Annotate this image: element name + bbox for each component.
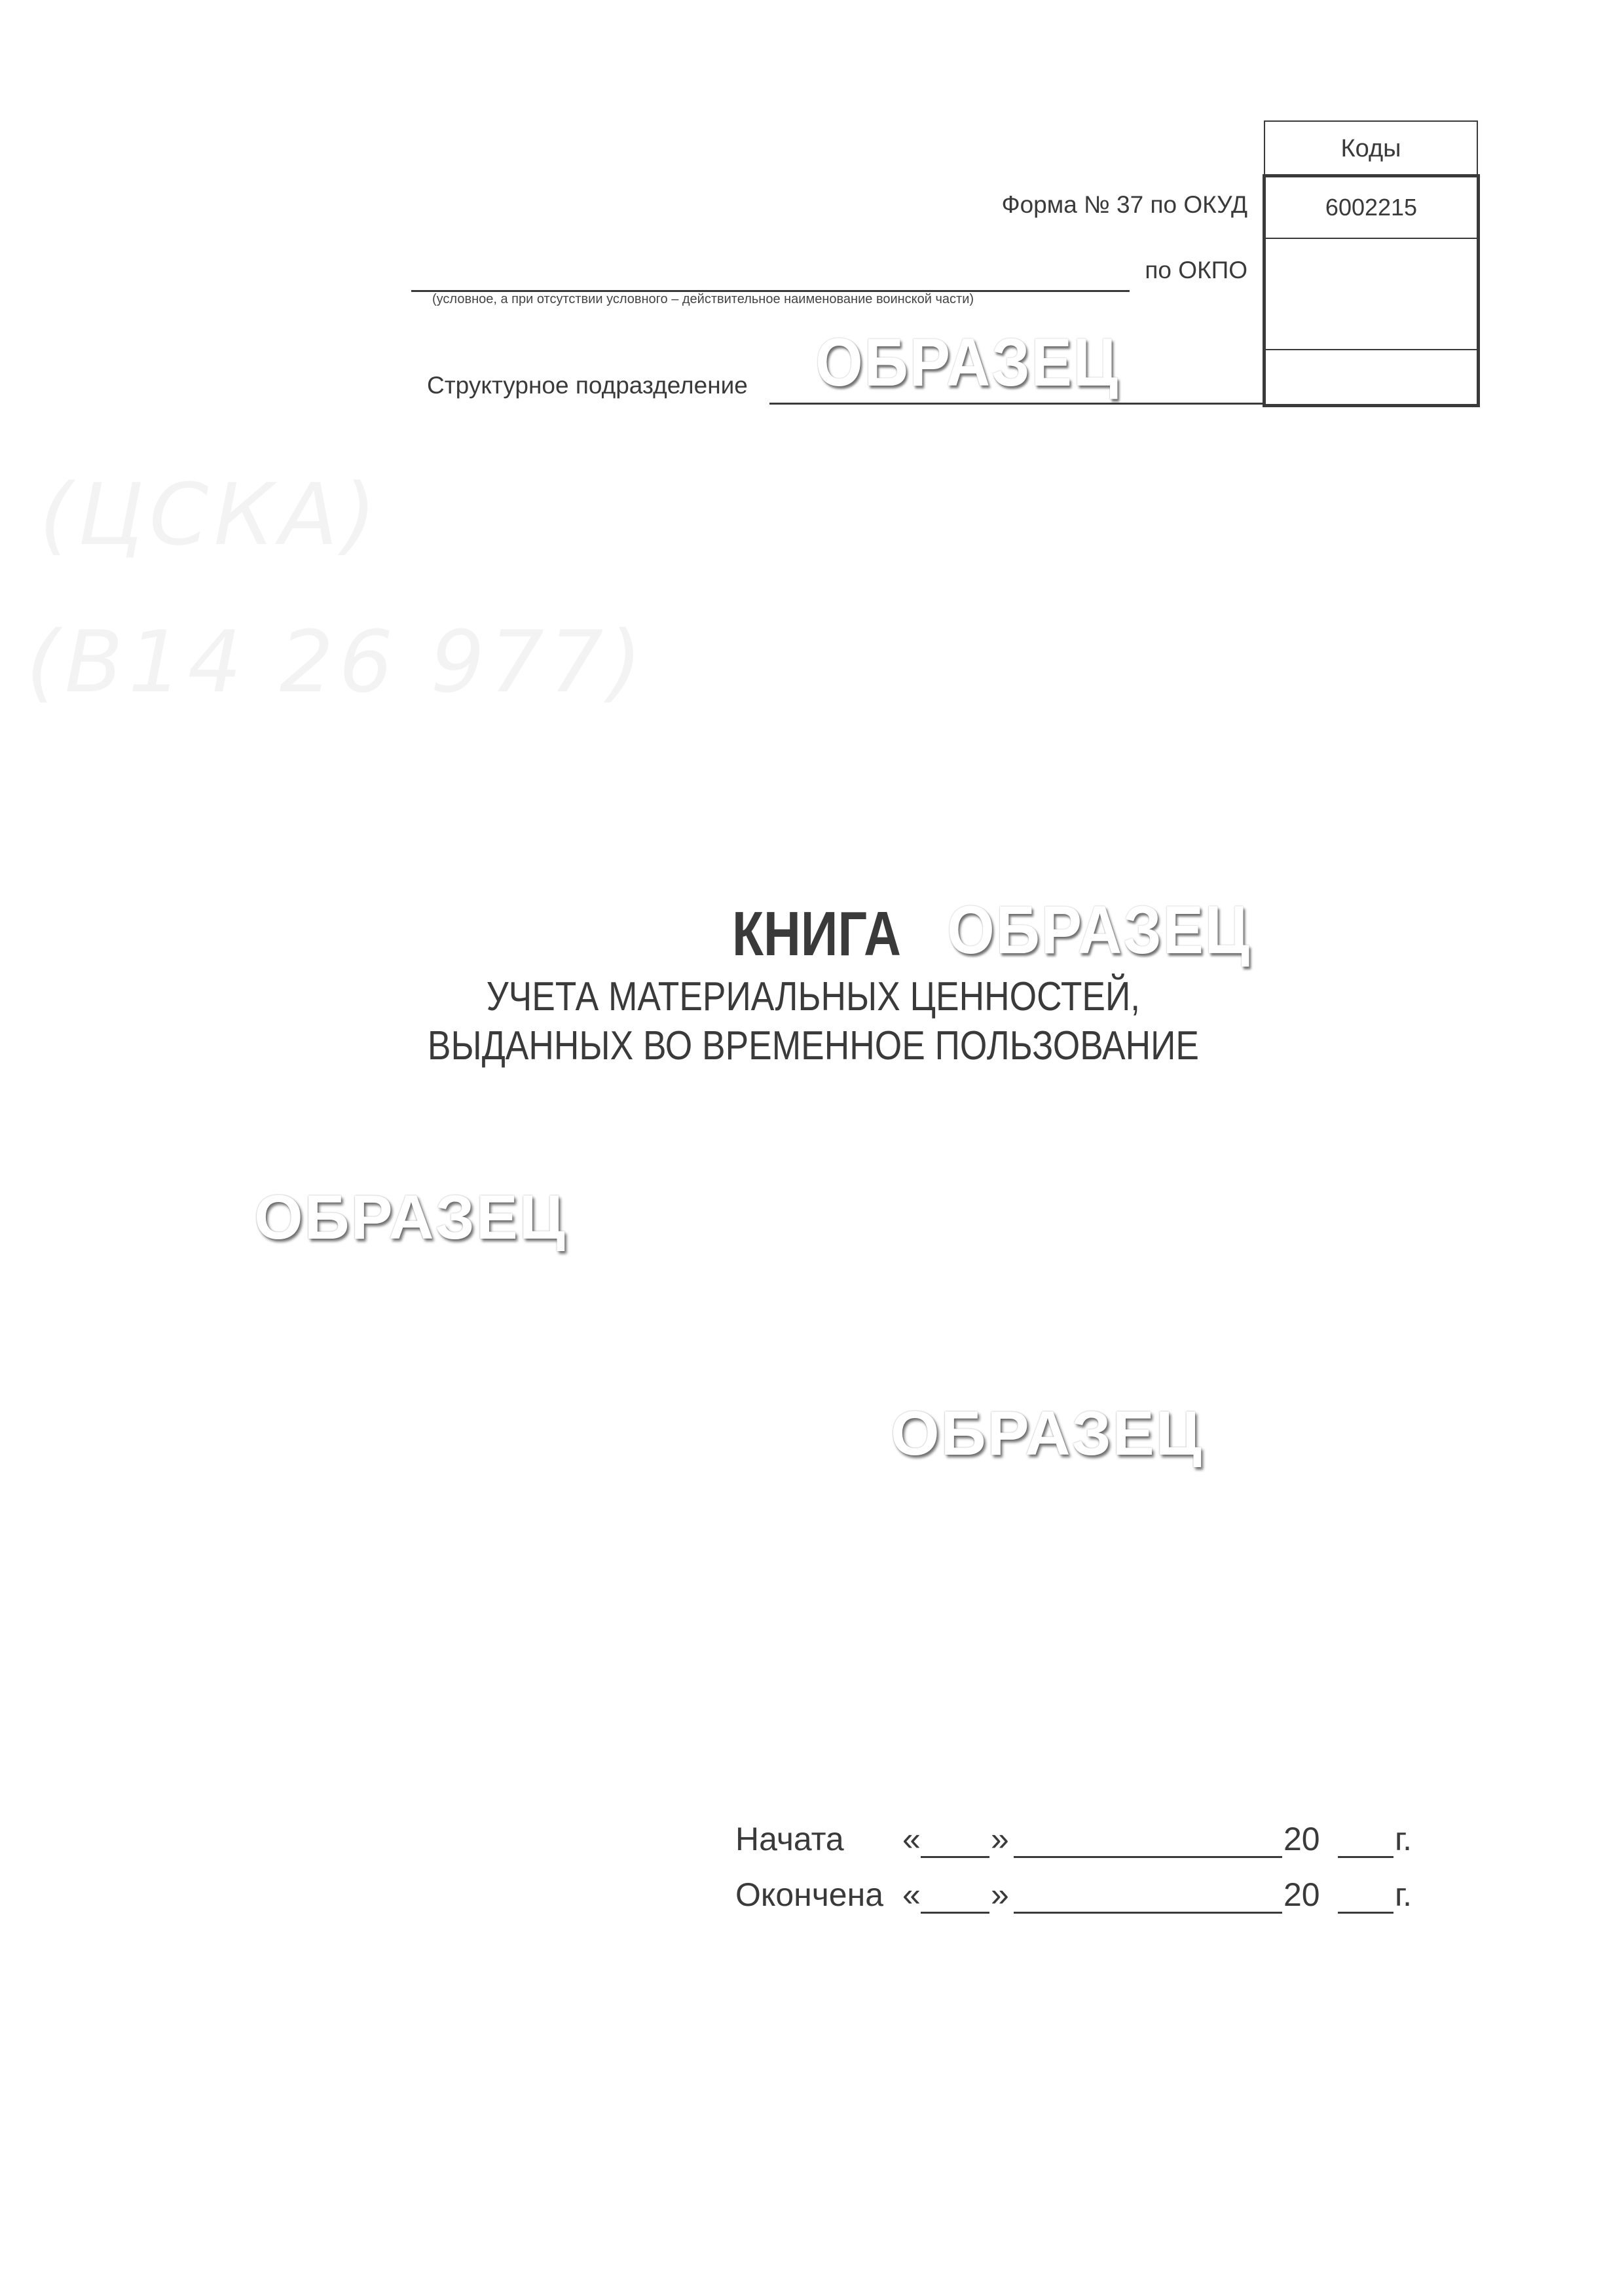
okud-code-field[interactable]: 6002215 — [1266, 177, 1477, 239]
bleed-through-handwriting: (ЦСКА) — [39, 465, 381, 564]
start-year-unit: г. — [1395, 1820, 1412, 1858]
sample-watermark: ОБРАЗЕЦ — [254, 1182, 566, 1254]
okud-code-value: 6002215 — [1325, 194, 1417, 221]
unit-name-caption: (условное, а при отсутствии условного – … — [432, 292, 974, 307]
form-okud-label: Форма № 37 по ОКУД — [1001, 191, 1247, 219]
end-year-prefix: 20 — [1283, 1876, 1320, 1914]
document-title: КНИГА — [732, 898, 901, 970]
structural-unit-field[interactable] — [769, 403, 1264, 405]
document-subtitle-line-2: ВЫДАННЫХ ВО ВРЕМЕННОЕ ПОЛЬЗОВАНИЕ — [115, 1023, 1512, 1069]
end-year-field[interactable] — [1338, 1912, 1393, 1914]
start-day-field[interactable] — [921, 1856, 989, 1858]
start-date-label: Начата — [735, 1820, 844, 1858]
structural-unit-label: Структурное подразделение — [427, 372, 748, 399]
quote-open: « — [902, 1876, 921, 1914]
extra-code-field[interactable] — [1266, 350, 1477, 404]
sample-watermark: ОБРАЗЕЦ — [891, 1398, 1203, 1470]
end-month-field[interactable] — [1014, 1912, 1282, 1914]
sample-watermark: ОБРАЗЕЦ — [815, 324, 1119, 402]
quote-close: » — [991, 1820, 1009, 1858]
start-year-field[interactable] — [1338, 1856, 1393, 1858]
end-date-label: Окончена — [735, 1876, 883, 1914]
okpo-code-field[interactable] — [1266, 239, 1477, 350]
okpo-label: по ОКПО — [1145, 257, 1247, 284]
codes-header: Коды — [1264, 120, 1478, 175]
end-day-field[interactable] — [921, 1912, 989, 1914]
sample-watermark: ОБРАЗЕЦ — [947, 892, 1251, 970]
end-year-unit: г. — [1395, 1876, 1412, 1914]
quote-close: » — [991, 1876, 1009, 1914]
start-month-field[interactable] — [1014, 1856, 1282, 1858]
codes-box: 6002215 — [1263, 174, 1480, 407]
quote-open: « — [902, 1820, 921, 1858]
document-subtitle-line-1: УЧЕТА МАТЕРИАЛЬНЫХ ЦЕННОСТЕЙ, — [115, 974, 1512, 1020]
bleed-through-handwriting: (В14 26 977) — [26, 612, 647, 712]
codes-header-label: Коды — [1341, 135, 1401, 163]
start-year-prefix: 20 — [1283, 1820, 1320, 1858]
